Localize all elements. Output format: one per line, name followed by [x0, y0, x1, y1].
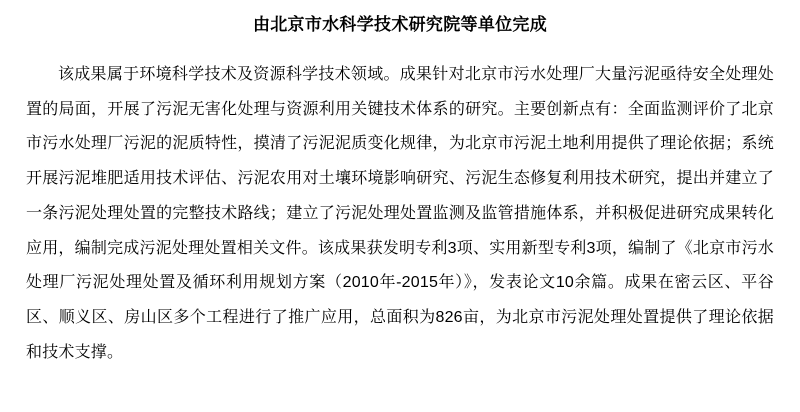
document-page: { "page": { "title": "由北京市水科学技术研究院等单位完成"…	[0, 0, 800, 412]
article-body: 由北京市水科学技术研究院等单位完成 该成果属于环境科学技术及资源科学技术领域。成…	[0, 0, 800, 412]
page-title: 由北京市水科学技术研究院等单位完成	[0, 13, 800, 37]
achievement-description-paragraph: 该成果属于环境科学技术及资源科学技术领域。成果针对北京市污水处理厂大量污泥亟待安…	[26, 58, 774, 370]
